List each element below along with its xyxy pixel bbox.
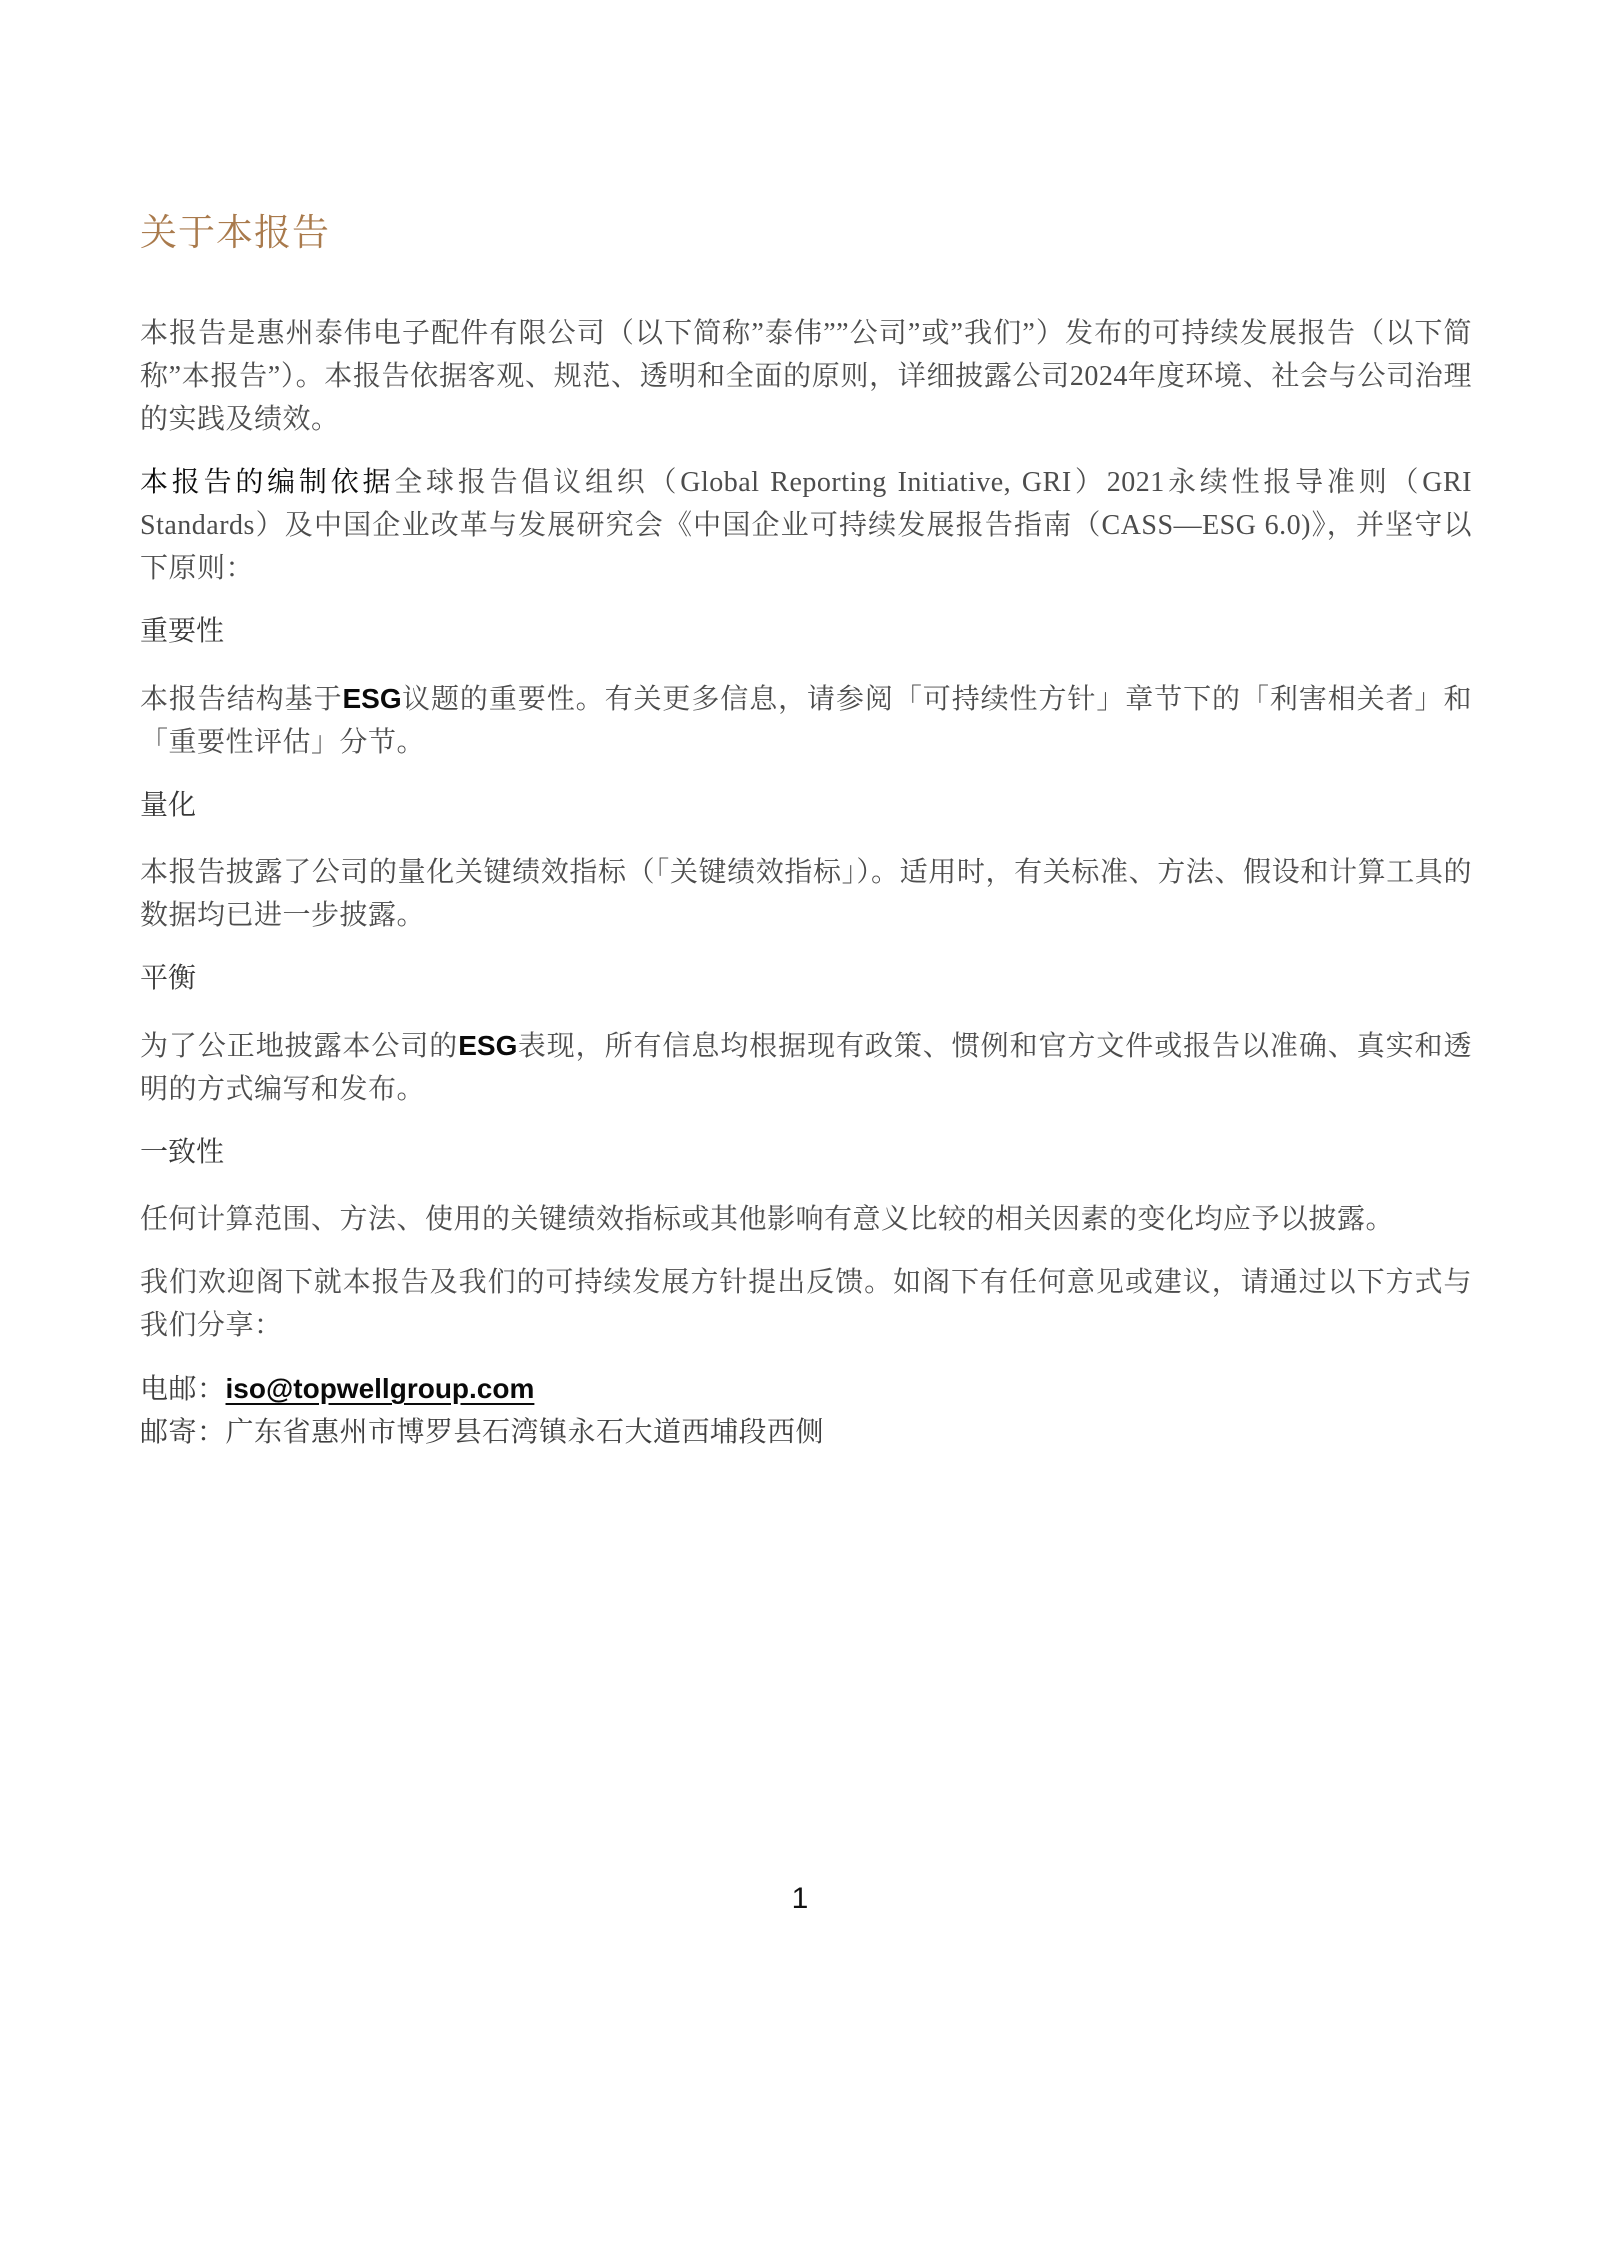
mail-address: 广东省惠州市博罗县石湾镇永石大道西埔段西侧 (226, 1417, 825, 1448)
text-segment: 任何计算范围、方法、使用的关键绩效指标或其他影响有意义比较的相关因素的变化均应予… (140, 1204, 1394, 1235)
mail-label: 邮寄： (140, 1417, 226, 1448)
document-content: 关于本报告 本报告是惠州泰伟电子配件有限公司（以下简称”泰伟””公司”或”我们”… (140, 212, 1472, 1454)
esg-emphasis-text: ESG (343, 683, 402, 714)
text-segment: 为了公正地披露本公司的 (140, 1031, 458, 1062)
document-page: 关于本报告 本报告是惠州泰伟电子配件有限公司（以下简称”泰伟””公司”或”我们”… (0, 0, 1600, 2264)
email-label: 电邮： (140, 1374, 226, 1405)
page-number: 1 (0, 1882, 1600, 1916)
email-link[interactable]: iso@topwellgroup.com (226, 1373, 535, 1404)
section-paragraph-quantification: 本报告披露了公司的量化关键绩效指标（「关键绩效指标」）。适用时，有关标准、方法、… (140, 851, 1472, 937)
basis-paragraph: 本报告的编制依据全球报告倡议组织（Global Reporting Initia… (140, 461, 1472, 590)
contact-email-line: 电邮：iso@topwellgroup.com (140, 1367, 1472, 1411)
feedback-paragraph: 我们欢迎阁下就本报告及我们的可持续发展方针提出反馈。如阁下有任何意见或建议，请通… (140, 1261, 1472, 1347)
section-heading-balance: 平衡 (140, 957, 1472, 1000)
section-heading-quantification: 量化 (140, 784, 1472, 827)
section-heading-materiality: 重要性 (140, 610, 1472, 653)
section-paragraph-consistency: 任何计算范围、方法、使用的关键绩效指标或其他影响有意义比较的相关因素的变化均应予… (140, 1198, 1472, 1241)
contact-block: 电邮：iso@topwellgroup.com 邮寄：广东省惠州市博罗县石湾镇永… (140, 1367, 1472, 1454)
page-title: 关于本报告 (140, 212, 1472, 256)
contact-address-line: 邮寄：广东省惠州市博罗县石湾镇永石大道西埔段西侧 (140, 1411, 1472, 1454)
section-paragraph-materiality: 本报告结构基于ESG议题的重要性。有关更多信息，请参阅「可持续性方针」章节下的「… (140, 677, 1472, 764)
section-balance: 平衡 为了公正地披露本公司的ESG表现，所有信息均根据现有政策、惯例和官方文件或… (140, 957, 1472, 1111)
intro-paragraph: 本报告是惠州泰伟电子配件有限公司（以下简称”泰伟””公司”或”我们”）发布的可持… (140, 312, 1472, 441)
text-segment: 本报告结构基于 (140, 684, 343, 715)
esg-emphasis-text: ESG (458, 1030, 517, 1061)
section-consistency: 一致性 任何计算范围、方法、使用的关键绩效指标或其他影响有意义比较的相关因素的变… (140, 1131, 1472, 1241)
section-paragraph-balance: 为了公正地披露本公司的ESG表现，所有信息均根据现有政策、惯例和官方文件或报告以… (140, 1024, 1472, 1111)
section-quantification: 量化 本报告披露了公司的量化关键绩效指标（「关键绩效指标」）。适用时，有关标准、… (140, 784, 1472, 937)
text-segment: 本报告披露了公司的量化关键绩效指标（「关键绩效指标」）。适用时，有关标准、方法、… (140, 857, 1472, 931)
section-heading-consistency: 一致性 (140, 1131, 1472, 1174)
section-materiality: 重要性 本报告结构基于ESG议题的重要性。有关更多信息，请参阅「可持续性方针」章… (140, 610, 1472, 764)
text-segment: 本报告的编制依据 (140, 467, 394, 498)
